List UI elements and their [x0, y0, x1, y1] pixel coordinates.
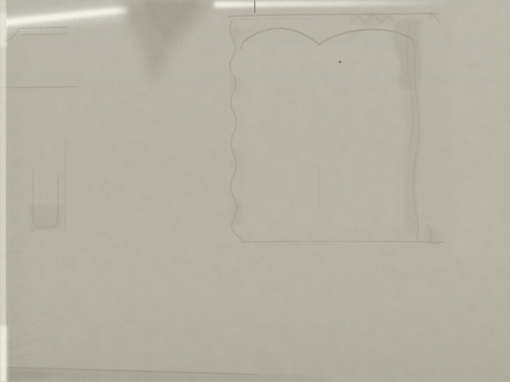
- photo-mottle: [0, 0, 510, 382]
- gallery-wall-photo: [0, 0, 510, 382]
